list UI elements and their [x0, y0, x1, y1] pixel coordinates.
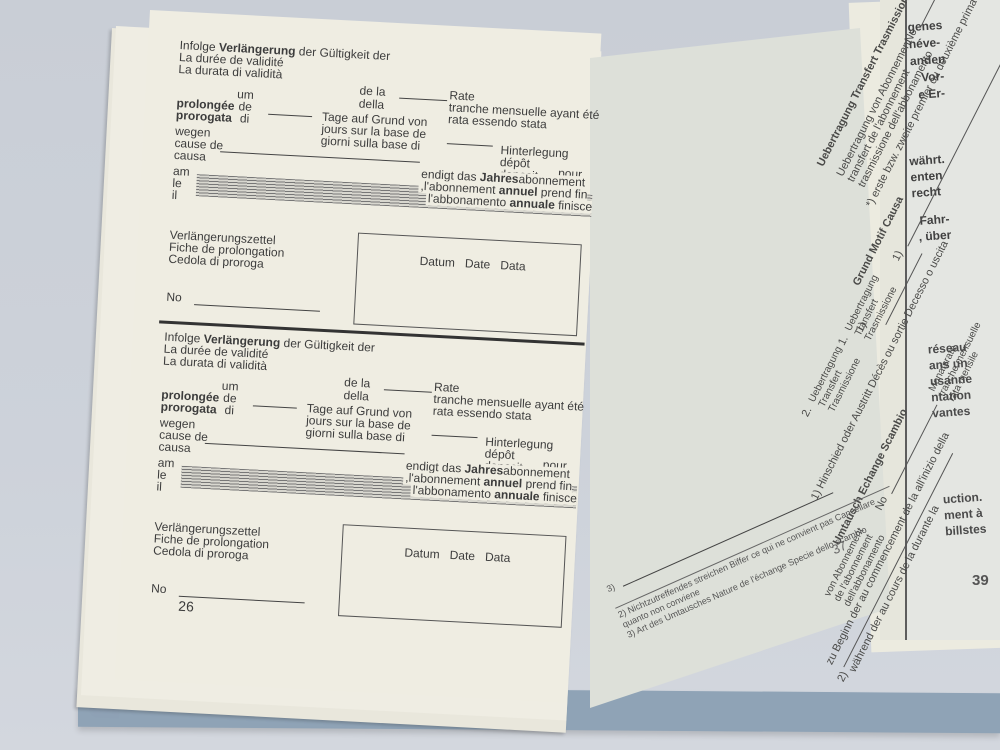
date-it: Data — [500, 258, 526, 273]
slip-no-field[interactable] — [194, 304, 320, 312]
cause-field[interactable] — [205, 443, 405, 454]
slip-no-label: No — [151, 582, 167, 596]
basis-field[interactable] — [432, 435, 478, 438]
della-label: della — [343, 389, 369, 403]
slip-it: Cedola di proroga — [168, 253, 264, 271]
causa-label: causa — [174, 149, 207, 164]
basis-field[interactable] — [447, 143, 493, 146]
date-fr: Date — [449, 548, 475, 563]
cause-heading: Grund Motif Causa — [851, 195, 906, 288]
causa-label: causa — [158, 440, 191, 455]
endigt-it-suffix: finisce — [539, 490, 577, 506]
il-label: il — [156, 480, 162, 493]
date-de: Datum — [404, 546, 440, 562]
rata-label: rata essendo stata — [448, 113, 547, 131]
prorogata-label: prorogata — [176, 109, 233, 125]
endigt-it-suffix: finisce — [554, 198, 592, 214]
endigt-it-bold: annuale — [509, 196, 555, 212]
endigt-it-bold: annuale — [494, 487, 540, 503]
left-page-content: Infolge Verlängerung der Gültigkeit der … — [127, 38, 600, 700]
ref-2: 2) — [835, 670, 850, 684]
di-label: di — [240, 112, 250, 125]
intro-de-suffix: der Gültigkeit der — [280, 336, 375, 355]
transfer-2-number: 2. — [800, 405, 815, 419]
rata-label: rata essendo stata — [432, 405, 531, 423]
giorni-label: giorni sulla base di — [305, 426, 405, 444]
date-box[interactable]: Datum Date Data — [353, 233, 582, 337]
intro-it: La durata di validità — [178, 63, 283, 81]
slip-no-field[interactable] — [179, 596, 305, 604]
giorni-label: giorni sulla base di — [320, 135, 420, 153]
slip-it: Cedola di proroga — [153, 544, 249, 562]
di-label: di — [224, 404, 234, 417]
date-de: Datum — [419, 254, 455, 270]
rate-field[interactable] — [399, 98, 447, 102]
days-field[interactable] — [253, 405, 297, 408]
rate-field[interactable] — [384, 389, 432, 393]
date-box[interactable]: Datum Date Data — [338, 524, 567, 628]
intro-it: La durata di validità — [163, 355, 268, 373]
date-fr: Date — [465, 256, 491, 271]
prorogata-label: prorogata — [160, 401, 217, 417]
il-label: il — [171, 189, 177, 202]
days-field[interactable] — [268, 114, 312, 117]
page-number-left: 26 — [178, 600, 194, 614]
cause-field[interactable] — [220, 151, 420, 162]
transfer-1-ref: 1) — [890, 249, 905, 263]
slip-no-label: No — [166, 291, 182, 305]
della-label: della — [358, 98, 384, 112]
far-page-number: 39 — [972, 572, 989, 589]
date-it: Data — [485, 550, 511, 565]
